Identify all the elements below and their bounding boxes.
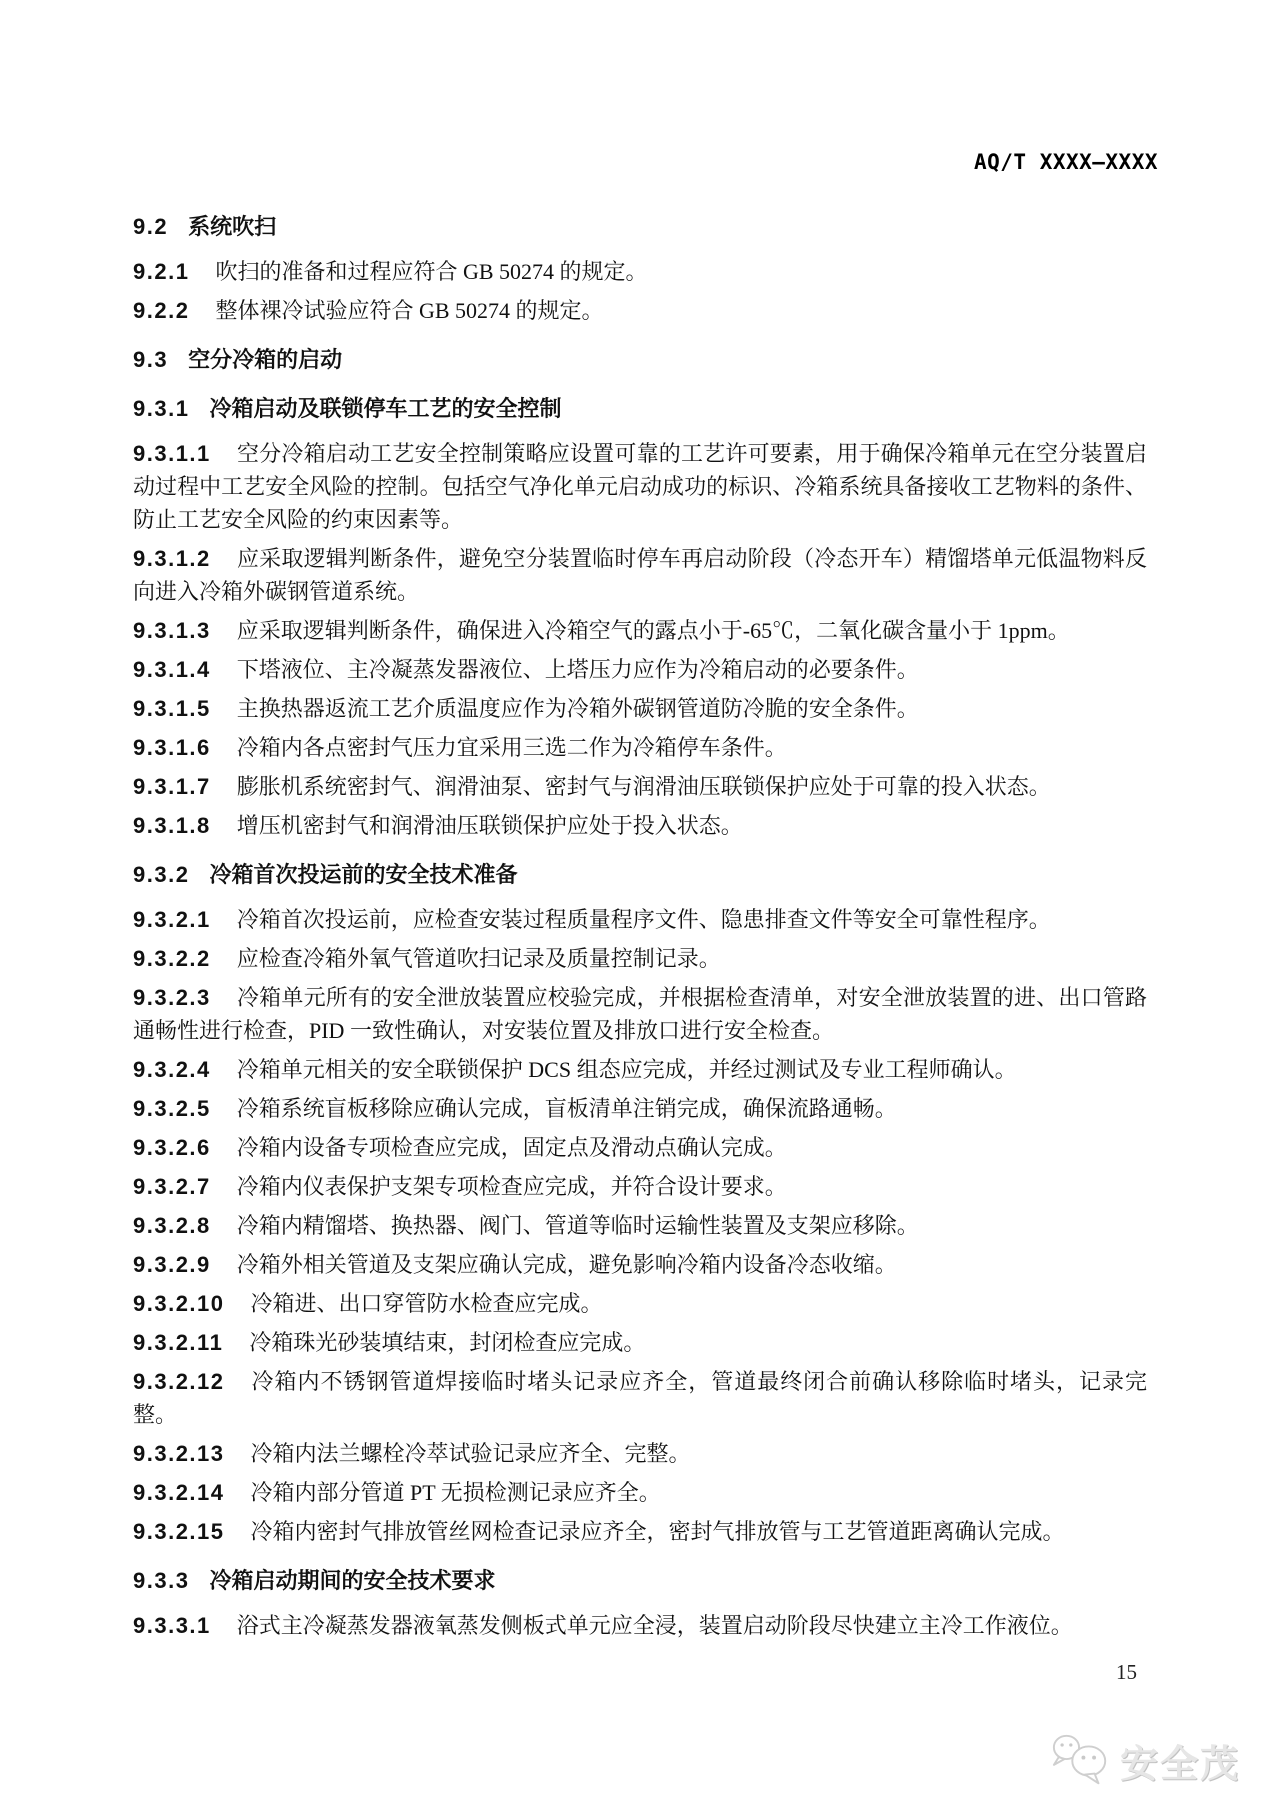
section-heading-9-3-1: 9.3.1冷箱启动及联锁停车工艺的安全控制 <box>133 392 1147 425</box>
heading-number: 9.3 <box>133 347 168 372</box>
clause-9-2-2: 9.2.2整体裸冷试验应符合 GB 50274 的规定。 <box>133 294 1147 327</box>
clause-text: 冷箱单元相关的安全联锁保护 DCS 组态应完成，并经过测试及专业工程师确认。 <box>237 1057 1017 1082</box>
clause-text: 整体裸冷试验应符合 GB 50274 的规定。 <box>215 298 603 323</box>
clause-text: 空分冷箱启动工艺安全控制策略应设置可靠的工艺许可要素，用于确保冷箱单元在空分装置… <box>133 441 1147 532</box>
clause-number: 9.2.2 <box>133 298 189 323</box>
clause-9-3-2-15: 9.3.2.15冷箱内密封气排放管丝网检查记录应齐全，密封气排放管与工艺管道距离… <box>133 1515 1147 1548</box>
clause-text: 冷箱内设备专项检查应完成，固定点及滑动点确认完成。 <box>237 1135 787 1160</box>
clause-9-3-1-2: 9.3.1.2应采取逻辑判断条件，避免空分装置临时停车再启动阶段（冷态开车）精馏… <box>133 542 1147 608</box>
clause-9-3-2-2: 9.3.2.2应检查冷箱外氧气管道吹扫记录及质量控制记录。 <box>133 942 1147 975</box>
clause-number: 9.3.2.1 <box>133 907 211 932</box>
document-body: 9.2系统吹扫 9.2.1吹扫的准备和过程应符合 GB 50274 的规定。 9… <box>133 194 1147 1642</box>
clause-number: 9.3.1.8 <box>133 813 211 838</box>
clause-text: 冷箱内部分管道 PT 无损检测记录应齐全。 <box>251 1480 661 1505</box>
clause-number: 9.3.1.6 <box>133 735 211 760</box>
clause-text: 冷箱内法兰螺栓冷萃试验记录应齐全、完整。 <box>251 1441 691 1466</box>
clause-9-3-2-6: 9.3.2.6冷箱内设备专项检查应完成，固定点及滑动点确认完成。 <box>133 1131 1147 1164</box>
clause-number: 9.3.2.12 <box>133 1369 225 1394</box>
clause-text: 冷箱珠光砂装填结束，封闭检查应完成。 <box>249 1330 645 1355</box>
clause-text: 主换热器返流工艺介质温度应作为冷箱外碳钢管道防冷脆的安全条件。 <box>237 696 919 721</box>
clause-9-3-1-4: 9.3.1.4下塔液位、主冷凝蒸发器液位、上塔压力应作为冷箱启动的必要条件。 <box>133 653 1147 686</box>
clause-number: 9.3.2.2 <box>133 946 211 971</box>
clause-text: 冷箱首次投运前，应检查安装过程质量程序文件、隐患排查文件等安全可靠性程序。 <box>237 907 1051 932</box>
clause-9-3-2-12: 9.3.2.12冷箱内不锈钢管道焊接临时堵头记录应齐全，管道最终闭合前确认移除临… <box>133 1365 1147 1431</box>
heading-text: 冷箱首次投运前的安全技术准备 <box>209 862 517 887</box>
clause-number: 9.3.2.14 <box>133 1480 225 1505</box>
clause-text: 浴式主冷凝蒸发器液氧蒸发侧板式单元应全浸，装置启动阶段尽快建立主冷工作液位。 <box>237 1613 1073 1638</box>
clause-9-3-2-11: 9.3.2.11冷箱珠光砂装填结束，封闭检查应完成。 <box>133 1326 1147 1359</box>
section-heading-9-2: 9.2系统吹扫 <box>133 210 1147 243</box>
clause-text: 冷箱内精馏塔、换热器、阀门、管道等临时运输性装置及支架应移除。 <box>237 1213 919 1238</box>
clause-9-3-3-1: 9.3.3.1浴式主冷凝蒸发器液氧蒸发侧板式单元应全浸，装置启动阶段尽快建立主冷… <box>133 1609 1147 1642</box>
clause-text: 应采取逻辑判断条件，确保进入冷箱空气的露点小于-65℃，二氧化碳含量小于 1pp… <box>237 618 1070 643</box>
clause-text: 吹扫的准备和过程应符合 GB 50274 的规定。 <box>215 259 647 284</box>
standard-reference: AQ/T XXXX—XXXX <box>974 150 1158 174</box>
clause-number: 9.3.1.7 <box>133 774 211 799</box>
clause-text: 冷箱内不锈钢管道焊接临时堵头记录应齐全，管道最终闭合前确认移除临时堵头，记录完整… <box>133 1369 1147 1427</box>
heading-text: 空分冷箱的启动 <box>188 347 342 372</box>
clause-text: 应采取逻辑判断条件，避免空分装置临时停车再启动阶段（冷态开车）精馏塔单元低温物料… <box>133 546 1147 604</box>
watermark-text: 安全茂 <box>1120 1733 1240 1788</box>
clause-text: 冷箱内仪表保护支架专项检查应完成，并符合设计要求。 <box>237 1174 787 1199</box>
clause-9-3-2-4: 9.3.2.4冷箱单元相关的安全联锁保护 DCS 组态应完成，并经过测试及专业工… <box>133 1053 1147 1086</box>
wechat-chat-bubbles-icon <box>1050 1731 1112 1789</box>
clause-number: 9.3.2.9 <box>133 1252 211 1277</box>
clause-text: 增压机密封气和润滑油压联锁保护应处于投入状态。 <box>237 813 743 838</box>
clause-9-3-2-7: 9.3.2.7冷箱内仪表保护支架专项检查应完成，并符合设计要求。 <box>133 1170 1147 1203</box>
clause-number: 9.3.2.10 <box>133 1291 225 1316</box>
heading-number: 9.3.3 <box>133 1568 189 1593</box>
clause-text: 冷箱单元所有的安全泄放装置应校验完成，并根据检查清单，对安全泄放装置的进、出口管… <box>133 985 1147 1043</box>
document-page: AQ/T XXXX—XXXX 9.2系统吹扫 9.2.1吹扫的准备和过程应符合 … <box>0 0 1280 1810</box>
heading-number: 9.3.1 <box>133 396 189 421</box>
clause-9-3-1-3: 9.3.1.3应采取逻辑判断条件，确保进入冷箱空气的露点小于-65℃，二氧化碳含… <box>133 614 1147 647</box>
section-heading-9-3: 9.3空分冷箱的启动 <box>133 343 1147 376</box>
clause-number: 9.3.2.15 <box>133 1519 225 1544</box>
clause-number: 9.3.1.3 <box>133 618 211 643</box>
clause-number: 9.3.1.2 <box>133 546 211 571</box>
clause-text: 下塔液位、主冷凝蒸发器液位、上塔压力应作为冷箱启动的必要条件。 <box>237 657 919 682</box>
clause-number: 9.2.1 <box>133 259 189 284</box>
heading-text: 系统吹扫 <box>188 214 276 239</box>
heading-text: 冷箱启动期间的安全技术要求 <box>209 1568 495 1593</box>
clause-9-3-1-8: 9.3.1.8增压机密封气和润滑油压联锁保护应处于投入状态。 <box>133 809 1147 842</box>
clause-number: 9.3.2.13 <box>133 1441 225 1466</box>
clause-number: 9.3.2.8 <box>133 1213 211 1238</box>
clause-9-3-1-5: 9.3.1.5主换热器返流工艺介质温度应作为冷箱外碳钢管道防冷脆的安全条件。 <box>133 692 1147 725</box>
clause-text: 应检查冷箱外氧气管道吹扫记录及质量控制记录。 <box>237 946 721 971</box>
clause-number: 9.3.3.1 <box>133 1613 211 1638</box>
heading-number: 9.2 <box>133 214 168 239</box>
clause-9-3-1-6: 9.3.1.6冷箱内各点密封气压力宜采用三选二作为冷箱停车条件。 <box>133 731 1147 764</box>
clause-number: 9.3.2.4 <box>133 1057 211 1082</box>
clause-number: 9.3.2.3 <box>133 985 211 1010</box>
clause-9-3-2-9: 9.3.2.9冷箱外相关管道及支架应确认完成，避免影响冷箱内设备冷态收缩。 <box>133 1248 1147 1281</box>
clause-number: 9.3.1.1 <box>133 441 211 466</box>
clause-number: 9.3.1.5 <box>133 696 211 721</box>
clause-9-3-2-10: 9.3.2.10冷箱进、出口穿管防水检查应完成。 <box>133 1287 1147 1320</box>
section-heading-9-3-3: 9.3.3冷箱启动期间的安全技术要求 <box>133 1564 1147 1597</box>
clause-9-3-1-7: 9.3.1.7膨胀机系统密封气、润滑油泵、密封气与润滑油压联锁保护应处于可靠的投… <box>133 770 1147 803</box>
clause-text: 膨胀机系统密封气、润滑油泵、密封气与润滑油压联锁保护应处于可靠的投入状态。 <box>237 774 1051 799</box>
clause-text: 冷箱外相关管道及支架应确认完成，避免影响冷箱内设备冷态收缩。 <box>237 1252 897 1277</box>
clause-text: 冷箱进、出口穿管防水检查应完成。 <box>251 1291 603 1316</box>
clause-9-2-1: 9.2.1吹扫的准备和过程应符合 GB 50274 的规定。 <box>133 255 1147 288</box>
clause-text: 冷箱内密封气排放管丝网检查记录应齐全，密封气排放管与工艺管道距离确认完成。 <box>251 1519 1065 1544</box>
clause-9-3-2-13: 9.3.2.13冷箱内法兰螺栓冷萃试验记录应齐全、完整。 <box>133 1437 1147 1470</box>
clause-text: 冷箱系统盲板移除应确认完成，盲板清单注销完成，确保流路通畅。 <box>237 1096 897 1121</box>
clause-9-3-2-3: 9.3.2.3冷箱单元所有的安全泄放装置应校验完成，并根据检查清单，对安全泄放装… <box>133 981 1147 1047</box>
clause-number: 9.3.2.6 <box>133 1135 211 1160</box>
clause-9-3-2-1: 9.3.2.1冷箱首次投运前，应检查安装过程质量程序文件、隐患排查文件等安全可靠… <box>133 903 1147 936</box>
watermark: 安全茂 <box>1050 1731 1240 1789</box>
clause-9-3-1-1: 9.3.1.1空分冷箱启动工艺安全控制策略应设置可靠的工艺许可要素，用于确保冷箱… <box>133 437 1147 536</box>
clause-number: 9.3.2.5 <box>133 1096 211 1121</box>
section-heading-9-3-2: 9.3.2冷箱首次投运前的安全技术准备 <box>133 858 1147 891</box>
heading-text: 冷箱启动及联锁停车工艺的安全控制 <box>209 396 561 421</box>
heading-number: 9.3.2 <box>133 862 189 887</box>
page-number: 15 <box>1116 1660 1137 1685</box>
clause-number: 9.3.2.11 <box>133 1330 223 1355</box>
clause-9-3-2-14: 9.3.2.14冷箱内部分管道 PT 无损检测记录应齐全。 <box>133 1476 1147 1509</box>
clause-text: 冷箱内各点密封气压力宜采用三选二作为冷箱停车条件。 <box>237 735 787 760</box>
clause-number: 9.3.1.4 <box>133 657 211 682</box>
clause-9-3-2-8: 9.3.2.8冷箱内精馏塔、换热器、阀门、管道等临时运输性装置及支架应移除。 <box>133 1209 1147 1242</box>
clause-number: 9.3.2.7 <box>133 1174 211 1199</box>
clause-9-3-2-5: 9.3.2.5冷箱系统盲板移除应确认完成，盲板清单注销完成，确保流路通畅。 <box>133 1092 1147 1125</box>
